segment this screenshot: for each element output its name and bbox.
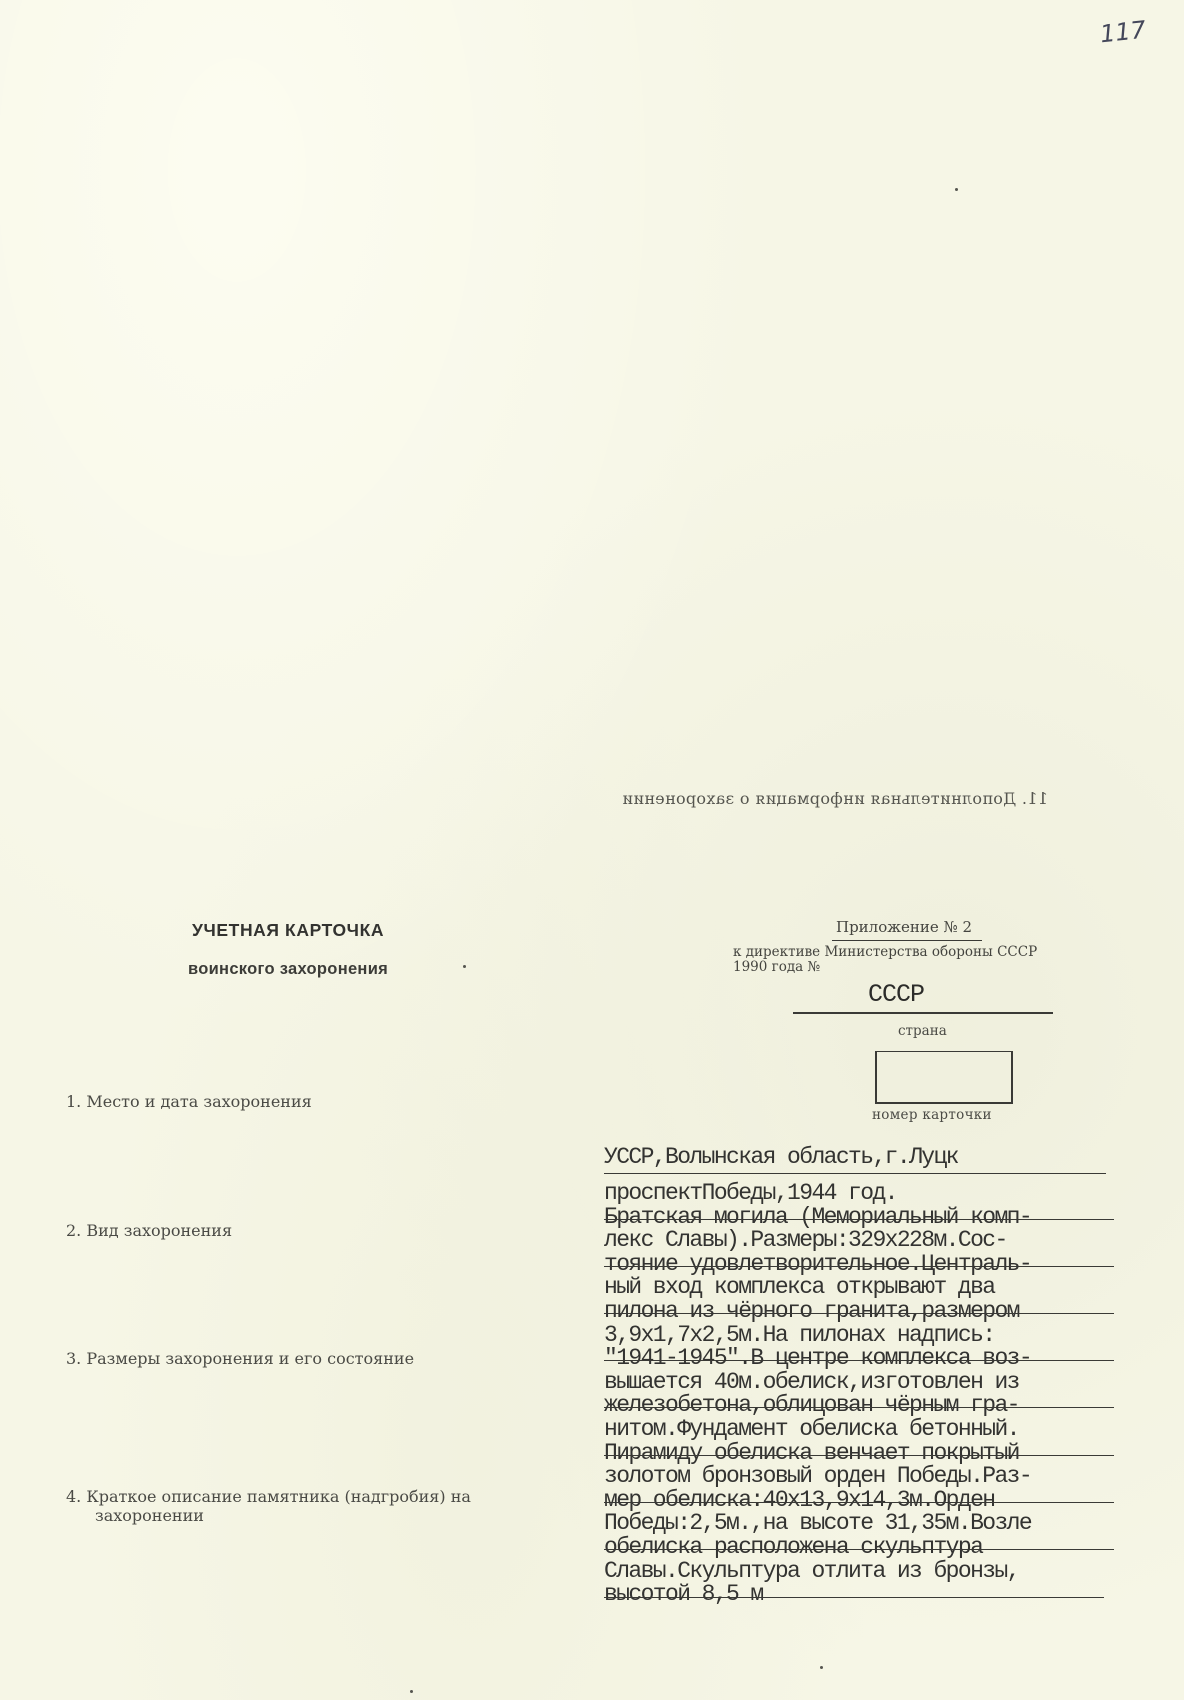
field-label-monument-description: 4. Краткое описание памятника (надгробия… bbox=[66, 1487, 566, 1525]
typed-line: УССР,Волынская область,г.Луцк bbox=[604, 1146, 1144, 1182]
typed-line: вышается 40м.обелиск,изготовлен из bbox=[604, 1371, 1144, 1395]
typed-line: нитом.Фундамент обелиска бетонный. bbox=[604, 1418, 1144, 1442]
typed-line: тояние удовлетворительное.Централь- bbox=[604, 1253, 1144, 1277]
typed-line: золотом бронзовый орден Победы.Раз- bbox=[604, 1465, 1144, 1489]
typed-line: обелиска расположена скульптура bbox=[604, 1536, 1144, 1560]
bleedthrough-text: 11. Дополнительная информация о захороне… bbox=[622, 789, 1048, 808]
card-title: УЧЕТНАЯ КАРТОЧКА bbox=[192, 920, 384, 941]
typed-line: железобетона,облицован чёрным гра- bbox=[604, 1394, 1144, 1418]
typed-line: "1941-1945".В центре комплекса воз- bbox=[604, 1347, 1144, 1371]
typed-line: мер обелиска:40х13,9х14,3м.Орден bbox=[604, 1489, 1144, 1513]
country-caption: страна bbox=[898, 1023, 947, 1039]
typed-line: Пирамиду обелиска венчает покрытый bbox=[604, 1442, 1144, 1466]
directive-reference: к директиве Министерства обороны СССР 19… bbox=[733, 945, 1037, 975]
typed-line: ный вход комплекса открывают два bbox=[604, 1276, 1144, 1300]
page-number: 117 bbox=[1099, 16, 1147, 49]
typed-line: 3,9х1,7х2,5м.На пилонах надпись: bbox=[604, 1324, 1144, 1348]
typed-line: Славы.Скульптура отлита из бронзы, bbox=[604, 1560, 1144, 1584]
typed-line: Победы:2,5м.,на высоте 31,35м.Возле bbox=[604, 1512, 1144, 1536]
card-number-box bbox=[875, 1051, 1013, 1104]
typed-line: высотой 8,5 м bbox=[604, 1583, 1144, 1607]
typed-line: Братская могила (Мемориальный комп- bbox=[604, 1206, 1144, 1230]
country-value: СССР bbox=[868, 980, 924, 1009]
field-label-line-2: захоронении bbox=[66, 1506, 566, 1525]
card-subtitle: воинского захоронения bbox=[188, 960, 388, 979]
directive-line-2: 1990 года № bbox=[733, 960, 1037, 975]
typed-line: лекс Славы).Размеры:329х228м.Сос- bbox=[604, 1229, 1144, 1253]
typed-line: пилона из чёрного гранита,размером bbox=[604, 1300, 1144, 1324]
field-label-burial-place-date: 1. Место и дата захоронения bbox=[66, 1092, 312, 1111]
directive-line-1: к директиве Министерства обороны СССР bbox=[733, 945, 1037, 960]
field-label-burial-size-condition: 3. Размеры захоронения и его состояние bbox=[66, 1349, 414, 1368]
typewritten-entry: УССР,Волынская область,г.ЛуцкпроспектПоб… bbox=[604, 1146, 1144, 1607]
annex-label: Приложение № 2 bbox=[836, 918, 972, 936]
field-label-burial-type: 2. Вид захоронения bbox=[66, 1221, 232, 1240]
field-label-line-1: 4. Краткое описание памятника (надгробия… bbox=[66, 1487, 471, 1506]
card-number-caption: номер карточки bbox=[872, 1107, 992, 1123]
country-line bbox=[793, 1012, 1053, 1014]
annex-underline bbox=[832, 940, 982, 941]
typed-line: проспектПобеды,1944 год. bbox=[604, 1182, 1144, 1206]
